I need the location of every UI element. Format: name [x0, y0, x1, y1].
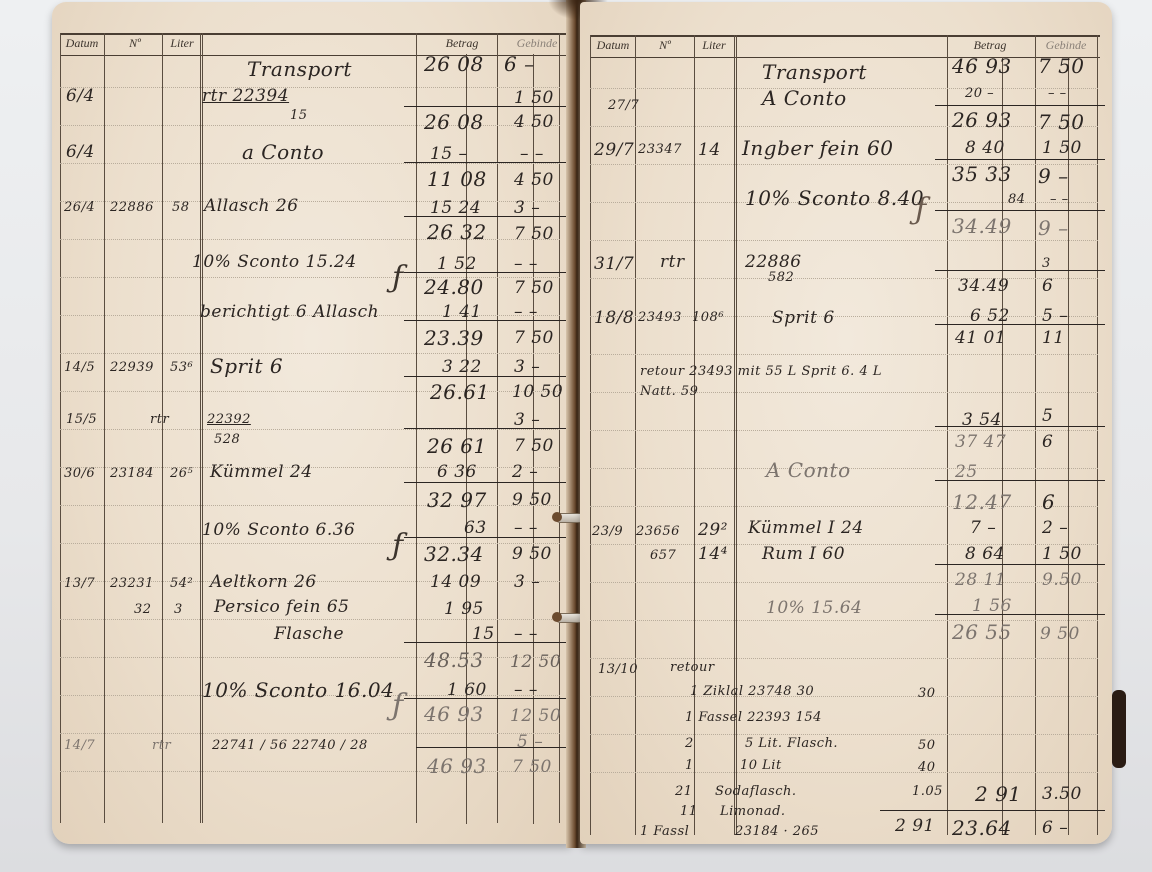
entry-gebinde: 3 –: [514, 410, 540, 430]
entry-nr: 2: [685, 736, 694, 751]
entry-text: Sprit 6: [772, 308, 835, 328]
book-cover-edge: [1112, 690, 1126, 768]
entry-text: retour: [670, 660, 715, 675]
entry-betrag: 26 08: [424, 110, 484, 134]
col-header-liter: Liter: [694, 38, 734, 53]
entry-betrag: 32 97: [427, 488, 487, 512]
col-divider: [60, 33, 61, 823]
entry-betrag: 25: [955, 462, 978, 482]
col-divider: [104, 33, 105, 823]
entry-text: Aeltkorn 26: [210, 572, 317, 592]
entry-liter: rtr: [150, 412, 169, 427]
entry-text: Flasche: [274, 624, 344, 644]
entry-betrag: 23.39: [424, 326, 484, 350]
entry-betrag: 1 60: [447, 680, 487, 700]
entry-text: rtr 22394: [202, 86, 289, 106]
entry-gebinde: 1 50: [1042, 138, 1082, 158]
entry-betrag: 14 09: [430, 572, 481, 592]
entry-gebinde: 4 50: [514, 170, 554, 190]
entry-betrag: 34.49: [952, 214, 1012, 238]
checkmark-icon: ƒ: [915, 192, 926, 227]
entry-nr: 21: [675, 784, 693, 799]
entry-gebinde: 7 50: [1038, 110, 1085, 134]
entry-datum: 15/5: [66, 412, 97, 427]
entry-gebinde: 7 50: [1038, 54, 1085, 78]
entry-text: Persico fein 65: [214, 597, 349, 617]
col-header-nr: Nº: [638, 38, 692, 53]
entry-text: 1 Ziklal 23748 30: [690, 684, 814, 699]
ledger-grid-left: Datum Nº Liter Betrag Gebinde: [52, 2, 572, 844]
entry-betrag: 6 52: [970, 306, 1010, 326]
entry-nr: 23347: [638, 142, 682, 157]
checkmark-icon: ƒ: [392, 688, 403, 723]
entry-betrag: 1 56: [972, 596, 1012, 616]
entry-nr: 657: [650, 548, 676, 563]
entry-liter: 108⁶: [692, 310, 724, 325]
entry-betrag: 7 –: [970, 518, 996, 538]
entry-nr: 32: [134, 602, 152, 617]
entry-betrag: 26 32: [427, 220, 487, 244]
checkmark-icon: ƒ: [392, 260, 403, 295]
entry-betrag: 26 08: [424, 52, 484, 76]
entry-gebinde: – –: [514, 624, 538, 644]
entry-gebinde: 6 –: [504, 52, 535, 76]
entry-gebinde: 9 50: [1040, 624, 1080, 644]
entry-gebinde: 6: [1042, 432, 1053, 452]
entry-betrag: 3 22: [442, 357, 482, 377]
entry-betrag: 11 08: [427, 167, 487, 191]
entry-gebinde: 9 –: [1038, 164, 1069, 188]
entry-betrag: 37 47: [955, 432, 1006, 452]
entry-betrag: 8 40: [965, 138, 1005, 158]
entry-text-sub: 15: [290, 108, 308, 123]
entry-betrag: 12.47: [952, 490, 1012, 514]
col-header-datum: Datum: [592, 38, 634, 53]
entry-betrag: 34.49: [958, 276, 1009, 296]
entry-text-sub: 528: [214, 432, 240, 447]
entry-side: 50: [918, 738, 936, 753]
entry-datum: 6/4: [66, 142, 95, 162]
entry-gebinde: – –: [514, 518, 538, 538]
ledger-page-right: Datum Nº Liter Betrag Gebinde Tr: [580, 2, 1112, 844]
entry-text: 22886: [745, 252, 802, 272]
entry-gebinde: 5 –: [517, 732, 543, 752]
entry-datum: 13/7: [64, 576, 95, 591]
entry-text: 10% Sconto 16.04: [202, 678, 394, 702]
entry-gebinde: 3 –: [514, 198, 540, 218]
entry-gebinde: – –: [1050, 192, 1069, 207]
entry-datum: 18/8: [594, 308, 634, 328]
entry-gebinde: 10 50: [512, 382, 563, 402]
entry-datum: 14/5: [64, 360, 95, 375]
col-header-nr: Nº: [110, 36, 160, 51]
entry-betrag: 48.53: [424, 648, 484, 672]
entry-gebinde: – –: [514, 302, 538, 322]
entry-liter: 14⁴: [698, 544, 728, 564]
entry-liter: rtr: [152, 738, 171, 753]
col-header-betrag: Betrag: [417, 36, 507, 51]
entry-gebinde: 7 50: [512, 757, 552, 777]
entry-text: 10% 15.64: [766, 598, 862, 618]
entry-gebinde: 6: [1042, 276, 1053, 296]
entry-gebinde: 12 50: [510, 652, 561, 672]
entry-gebinde: 3: [1042, 256, 1051, 271]
entry-liter: 53⁶: [170, 360, 193, 375]
entry-datum: 29/7: [594, 140, 634, 160]
entry-text: Kümmel 24: [210, 462, 313, 482]
entry-nr: 1 Fassl: [640, 824, 689, 839]
entry-datum: 6/4: [66, 86, 95, 106]
entry-gebinde: 6 –: [1042, 818, 1068, 838]
entry-text: Kümmel I 24: [748, 518, 864, 538]
col-divider: [1035, 35, 1036, 835]
entry-gebinde: 2 –: [1042, 518, 1068, 538]
entry-nr: 23656: [636, 524, 680, 539]
entry-datum: 31/7: [594, 254, 634, 274]
entry-text: 10% Sconto 6.36: [202, 520, 355, 540]
entry-gebinde: 7 50: [514, 328, 554, 348]
entry-datum: 13/10: [598, 662, 638, 677]
entry-betrag: 26.61: [430, 380, 490, 404]
entry-nr: 22939: [110, 360, 154, 375]
entry-gebinde: 6: [1042, 490, 1055, 514]
entry-liter: 3: [174, 602, 183, 617]
entry-betrag: 3 54: [962, 410, 1002, 430]
entry-betrag: 63: [464, 518, 487, 538]
entry-nr: 23231: [110, 576, 154, 591]
entry-nr: 1: [685, 758, 694, 773]
entry-betrag: 15 –: [430, 144, 468, 164]
entry-text: Ingber fein 60: [742, 136, 893, 160]
col-header-liter: Liter: [162, 36, 202, 51]
entry-gebinde: 9 50: [512, 544, 552, 564]
entry-nr: 23493: [638, 310, 682, 325]
entry-betrag: 20 –: [965, 86, 994, 101]
entry-gebinde: 7 50: [514, 224, 554, 244]
entry-gebinde: 2 –: [512, 462, 538, 482]
entry-datum: 23/9: [592, 524, 623, 539]
entry-gebinde: – –: [514, 680, 538, 700]
entry-betrag: 46 93: [427, 754, 487, 778]
ledger-page-left: Datum Nº Liter Betrag Gebinde: [52, 2, 572, 844]
entry-gebinde: 3.50: [1042, 784, 1082, 804]
entry-betrag: 8 64: [965, 544, 1005, 564]
entry-text: 10% Sconto 15.24: [192, 252, 357, 272]
entry-text: 22392: [207, 412, 251, 427]
entry-text: 10 Lit: [740, 758, 782, 773]
entry-text: Transport: [762, 60, 867, 84]
entry-betrag: 2 91: [975, 782, 1022, 806]
entry-gebinde: 4 50: [514, 112, 554, 132]
entry-liter: 29²: [698, 520, 728, 540]
col-divider: [1097, 35, 1098, 835]
entry-gebinde: 3 –: [514, 572, 540, 592]
entry-gebinde: 11: [1042, 328, 1065, 348]
entry-betrag: 23.64: [952, 816, 1012, 840]
col-divider: [200, 33, 203, 823]
entry-liter: 26⁵: [170, 466, 193, 481]
entry-side: 40: [918, 760, 936, 775]
entry-text: Allasch 26: [204, 196, 299, 216]
col-divider: [590, 35, 591, 835]
entry-text: A Conto: [762, 86, 847, 110]
entry-betrag: 26 61: [427, 434, 487, 458]
entry-text: a Conto: [242, 140, 324, 164]
entry-text: Rum I 60: [762, 544, 845, 564]
entry-text: 22741 / 56 22740 / 28: [212, 738, 368, 753]
entry-betrag: 26 55: [952, 620, 1012, 644]
entry-text: 5 Lit. Flasch.: [745, 736, 838, 751]
entry-nr: 23184: [110, 466, 154, 481]
entry-gebinde: 9 –: [1038, 216, 1069, 240]
entry-nr: rtr: [660, 252, 685, 272]
col-header-gebinde: Gebinde: [507, 36, 567, 51]
entry-nr: 22886: [110, 200, 154, 215]
entry-betrag: 84: [1008, 192, 1026, 207]
entry-text: Sprit 6: [210, 354, 283, 378]
col-divider: [162, 33, 163, 823]
entry-text: retour 23493 mit 55 L Sprit 6. 4 L Natt.…: [640, 362, 900, 402]
entry-text: 23184 · 265: [735, 824, 819, 839]
entry-betrag: 1 95: [444, 599, 484, 619]
checkmark-icon: ƒ: [392, 528, 403, 563]
col-header-betrag: Betrag: [945, 38, 1035, 53]
entry-text: Limonad.: [720, 804, 786, 819]
entry-betrag: 15: [472, 624, 495, 644]
col-divider: [947, 35, 948, 835]
entry-betrag: 24.80: [424, 275, 484, 299]
entry-betrag: 46 93: [952, 54, 1012, 78]
ledger-grid-right: Datum Nº Liter Betrag Gebinde Tr: [580, 2, 1112, 844]
entry-gebinde: 5 –: [1042, 306, 1068, 326]
entry-text: Transport: [247, 57, 352, 81]
entry-liter: 14: [698, 140, 721, 160]
entry-gebinde: 1 50: [1042, 544, 1082, 564]
entry-side: 30: [918, 686, 936, 701]
entry-gebinde: 9.50: [1042, 570, 1082, 590]
entry-text: berichtigt 6 Allasch: [200, 302, 379, 322]
entry-gebinde: 7 50: [514, 278, 554, 298]
entry-liter: 58: [172, 200, 190, 215]
entry-datum: 14/7: [64, 738, 95, 753]
entry-nr: 11: [680, 804, 698, 819]
entry-betrag: 46 93: [424, 702, 484, 726]
entry-gebinde: 3 –: [514, 357, 540, 377]
entry-gebinde: – –: [1048, 86, 1067, 101]
entry-text: 10% Sconto 8.40: [745, 186, 924, 210]
entry-gebinde: 12 50: [510, 706, 561, 726]
entry-text: Sodaflasch.: [715, 784, 796, 799]
entry-datum: 26/4: [64, 200, 95, 215]
entry-betrag: 1 52: [437, 254, 477, 274]
entry-gebinde: 1 50: [514, 88, 554, 108]
entry-text-sub: 582: [768, 270, 794, 285]
entry-gebinde: – –: [514, 254, 538, 274]
entry-datum: 30/6: [64, 466, 95, 481]
col-header-gebinde: Gebinde: [1035, 38, 1097, 53]
entry-gebinde: – –: [520, 144, 544, 164]
entry-gebinde: 5: [1042, 406, 1053, 426]
entry-text: A Conto: [766, 458, 851, 482]
entry-gebinde: 9 50: [512, 490, 552, 510]
entry-gebinde: 7 50: [514, 436, 554, 456]
col-header-datum: Datum: [62, 36, 102, 51]
entry-betrag: 15 24: [430, 198, 481, 218]
col-divider: [635, 35, 636, 835]
entry-betrag: 1 41: [442, 302, 482, 322]
entry-side: 1.05: [912, 784, 943, 799]
entry-text: 1 Fassel 22393 154: [685, 710, 822, 725]
entry-betrag: 35 33: [952, 162, 1012, 186]
entry-side: 2 91: [895, 816, 935, 836]
entry-betrag: 41 01: [955, 328, 1006, 348]
entry-betrag: 32.34: [424, 542, 484, 566]
entry-betrag: 28 11: [955, 570, 1006, 590]
entry-betrag: 26 93: [952, 108, 1012, 132]
entry-liter: 54²: [170, 576, 193, 591]
entry-betrag: 6 36: [437, 462, 477, 482]
entry-datum: 27/7: [608, 98, 639, 113]
